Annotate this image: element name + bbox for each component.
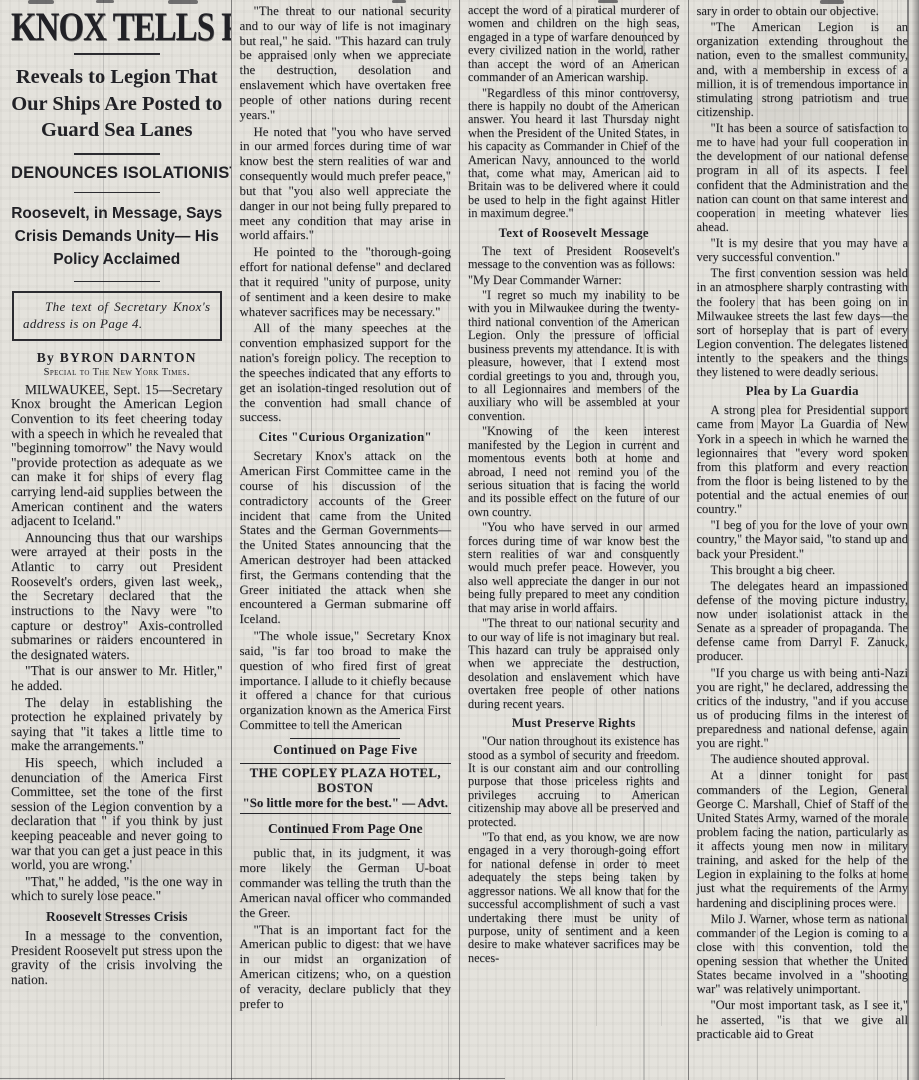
continued-on-notice: Continued on Page Five <box>240 742 452 758</box>
article-paragraph: All of the many speeches at the conventi… <box>240 321 452 425</box>
article-paragraph: "If you charge us with being anti-Nazi y… <box>697 666 909 751</box>
article-paragraph: public that, in its judgment, it was mor… <box>240 846 452 920</box>
article-paragraph: "It has been a source of satisfaction to… <box>697 121 909 234</box>
article-paragraph: A strong plea for Presidential support c… <box>697 403 909 516</box>
section-subhead: Roosevelt Stresses Crisis <box>11 909 223 925</box>
divider-rule <box>74 281 160 282</box>
article-paragraph: "Regardless of this minor controversy, t… <box>468 87 680 221</box>
article-paragraph: The audience shouted approval. <box>697 752 909 766</box>
advert-line: "So little more for the best." — Advt. <box>240 796 452 811</box>
article-paragraph: The first convention session was held in… <box>697 266 909 379</box>
editor-note-box: The text of Secretary Knox's address is … <box>12 291 222 341</box>
advert-line: THE COPLEY PLAZA HOTEL, BOSTON <box>240 766 452 796</box>
article-paragraph: "Our most important task, as I see it," … <box>697 998 909 1040</box>
article-paragraph: "Our nation throughout its existence has… <box>468 735 680 829</box>
sub-deck-headline: Roosevelt, in Message, Says Crisis Deman… <box>11 202 223 272</box>
article-paragraph: His speech, which included a denunciatio… <box>11 756 223 873</box>
divider-rule <box>290 738 400 739</box>
article-paragraph: Secretary Knox's attack on the American … <box>240 449 452 627</box>
divider-rule <box>74 153 160 155</box>
wire-credit: Special to The New York Times. <box>11 367 223 378</box>
byline: By BYRON DARNTON <box>11 350 223 366</box>
newspaper-page: KNOX TELLS PLANS Reveals to Legion That … <box>0 0 919 1080</box>
kicker-headline: DENOUNCES ISOLATIONISTS <box>11 164 223 183</box>
column-1: KNOX TELLS PLANS Reveals to Legion That … <box>3 0 231 1080</box>
article-paragraph: The text of President Roosevelt's messag… <box>468 245 680 272</box>
article-paragraph: "That is an important fact for the Ameri… <box>240 923 452 1012</box>
deck-headline: Reveals to Legion That Our Ships Are Pos… <box>11 64 223 144</box>
article-paragraph: "The whole issue," Secretary Knox said, … <box>240 629 452 733</box>
article-paragraph: "Knowing of the keen interest manifested… <box>468 425 680 519</box>
article-paragraph: This brought a big cheer. <box>697 563 909 577</box>
divider-rule <box>280 839 410 840</box>
article-paragraph: "The threat to our national security and… <box>240 4 452 123</box>
divider-rule <box>74 192 160 193</box>
article-paragraph: "You who have served in our armed forces… <box>468 521 680 615</box>
article-paragraph: Announcing thus that our warships were a… <box>11 531 223 662</box>
article-paragraph: "I beg of you for the love of your own c… <box>697 518 909 560</box>
article-paragraph: "The American Legion is an organization … <box>697 20 909 119</box>
article-paragraph: Milo J. Warner, whose term as national c… <box>697 912 909 997</box>
article-paragraph: "My Dear Commander Warner: <box>468 274 680 287</box>
article-paragraph: In a message to the convention, Presiden… <box>11 929 223 987</box>
article-paragraph: The delay in establishing the protection… <box>11 696 223 754</box>
continued-from-notice: Continued From Page One <box>240 821 452 837</box>
main-headline: KNOX TELLS PLANS <box>11 6 223 51</box>
article-paragraph: "I regret so much my inability to be wit… <box>468 289 680 423</box>
article-paragraph: He noted that "you who have served in ou… <box>240 125 452 244</box>
column-2: "The threat to our national security and… <box>231 0 460 1080</box>
section-subhead: Cites "Curious Organization" <box>240 430 452 445</box>
section-subhead: Text of Roosevelt Message <box>468 226 680 241</box>
article-paragraph: MILWAUKEE, Sept. 15—Secretary Knox broug… <box>11 383 223 529</box>
article-paragraph: accept the word of a piratical murderer … <box>468 4 680 85</box>
article-paragraph: "To that end, as you know, we are now en… <box>468 831 680 965</box>
article-paragraph: "That is our answer to Mr. Hitler," he a… <box>11 664 223 693</box>
article-paragraph: "The threat to our national security and… <box>468 617 680 711</box>
section-subhead: Plea by La Guardia <box>697 384 909 399</box>
divider-rule <box>74 53 160 55</box>
article-paragraph: He pointed to the "thorough-going effort… <box>240 245 452 319</box>
article-paragraph: "It is my desire that you may have a ver… <box>697 236 909 264</box>
section-subhead: Must Preserve Rights <box>468 716 680 731</box>
article-paragraph: At a dinner tonight for past commanders … <box>697 768 909 909</box>
article-paragraph: sary in order to obtain our objective. <box>697 4 909 18</box>
column-4: sary in order to obtain our objective. "… <box>688 0 917 1080</box>
article-paragraph: "That," he added, "is the one way in whi… <box>11 875 223 904</box>
article-columns: KNOX TELLS PLANS Reveals to Legion That … <box>0 0 919 1080</box>
hotel-advert: THE COPLEY PLAZA HOTEL, BOSTON "So littl… <box>240 763 452 814</box>
column-3: accept the word of a piratical murderer … <box>459 0 688 1080</box>
article-paragraph: The delegates heard an impassioned defen… <box>697 579 909 664</box>
